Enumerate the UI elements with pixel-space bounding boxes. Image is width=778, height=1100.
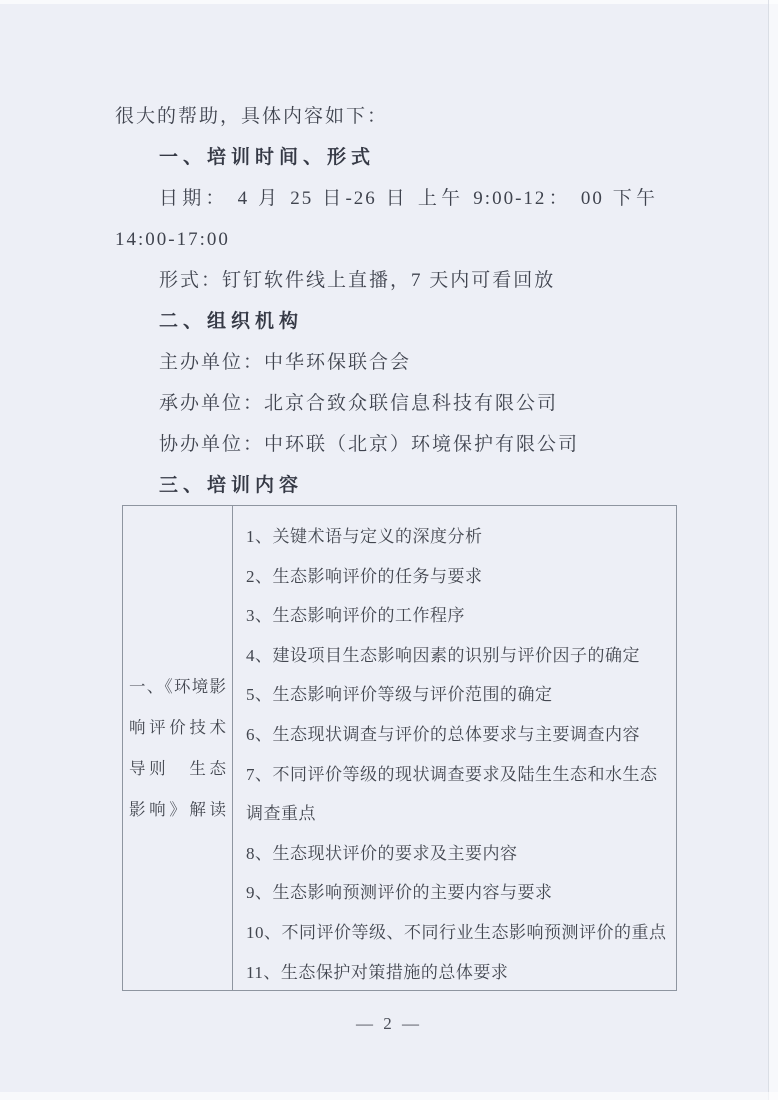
topic-line-continuation: 调查重点 xyxy=(246,794,672,834)
date-line-2: 14:00-17:00 xyxy=(115,219,657,260)
table-topics-cell: 1、关键术语与定义的深度分析 2、生态影响评价的任务与要求 3、生态影响评价的工… xyxy=(233,506,676,990)
section-3-heading: 三、培训内容 xyxy=(115,465,657,506)
scan-edge-right xyxy=(768,0,778,1100)
co-organizer-line: 协办单位：中环联（北京）环境保护有限公司 xyxy=(115,424,657,465)
host-organizer-line: 主办单位：中华环保联合会 xyxy=(115,342,657,383)
module-title-line: 导则 生态 xyxy=(129,748,226,789)
scan-edge-top xyxy=(0,0,778,4)
topic-line: 9、生态影响预测评价的主要内容与要求 xyxy=(246,873,672,913)
topic-line: 7、不同评价等级的现状调查要求及陆生生态和水生态 xyxy=(246,755,672,795)
format-line: 形式：钉钉软件线上直播，7 天内可看回放 xyxy=(115,260,657,301)
topic-line: 11、生态保护对策措施的总体要求 xyxy=(246,953,672,993)
intro-paragraph: 很大的帮助，具体内容如下： xyxy=(115,96,657,137)
page-number: — 2 — xyxy=(0,1014,778,1034)
undertaker-line: 承办单位：北京合致众联信息科技有限公司 xyxy=(115,383,657,424)
topic-line: 4、建设项目生态影响因素的识别与评价因子的确定 xyxy=(246,636,672,676)
section-1-heading: 一、培训时间、形式 xyxy=(115,137,657,178)
topic-line: 2、生态影响评价的任务与要求 xyxy=(246,557,672,597)
document-page: 很大的帮助，具体内容如下： 一、培训时间、形式 日期： 4 月 25 日-26 … xyxy=(0,0,778,1100)
module-title-line: 响评价技术 xyxy=(129,707,226,748)
topic-line: 1、关键术语与定义的深度分析 xyxy=(246,517,672,557)
topic-line: 10、不同评价等级、不同行业生态影响预测评价的重点 xyxy=(246,913,672,953)
training-content-table: 一、《环境影 响评价技术 导则 生态 影响》解读 1、关键术语与定义的深度分析 … xyxy=(122,505,677,991)
module-title-line: 一、《环境影 xyxy=(129,666,226,707)
scan-edge-bottom xyxy=(0,1092,778,1100)
topic-line: 5、生态影响评价等级与评价范围的确定 xyxy=(246,675,672,715)
module-title-line: 影响》解读 xyxy=(129,789,226,830)
document-body: 很大的帮助，具体内容如下： 一、培训时间、形式 日期： 4 月 25 日-26 … xyxy=(115,96,657,506)
topic-line: 8、生态现状评价的要求及主要内容 xyxy=(246,834,672,874)
table-module-header-cell: 一、《环境影 响评价技术 导则 生态 影响》解读 xyxy=(123,506,233,990)
topic-line: 6、生态现状调查与评价的总体要求与主要调查内容 xyxy=(246,715,672,755)
date-line-1: 日期： 4 月 25 日-26 日 上午 9:00-12： 00 下午 xyxy=(115,178,657,219)
section-2-heading: 二、组织机构 xyxy=(115,301,657,342)
topic-line: 3、生态影响评价的工作程序 xyxy=(246,596,672,636)
